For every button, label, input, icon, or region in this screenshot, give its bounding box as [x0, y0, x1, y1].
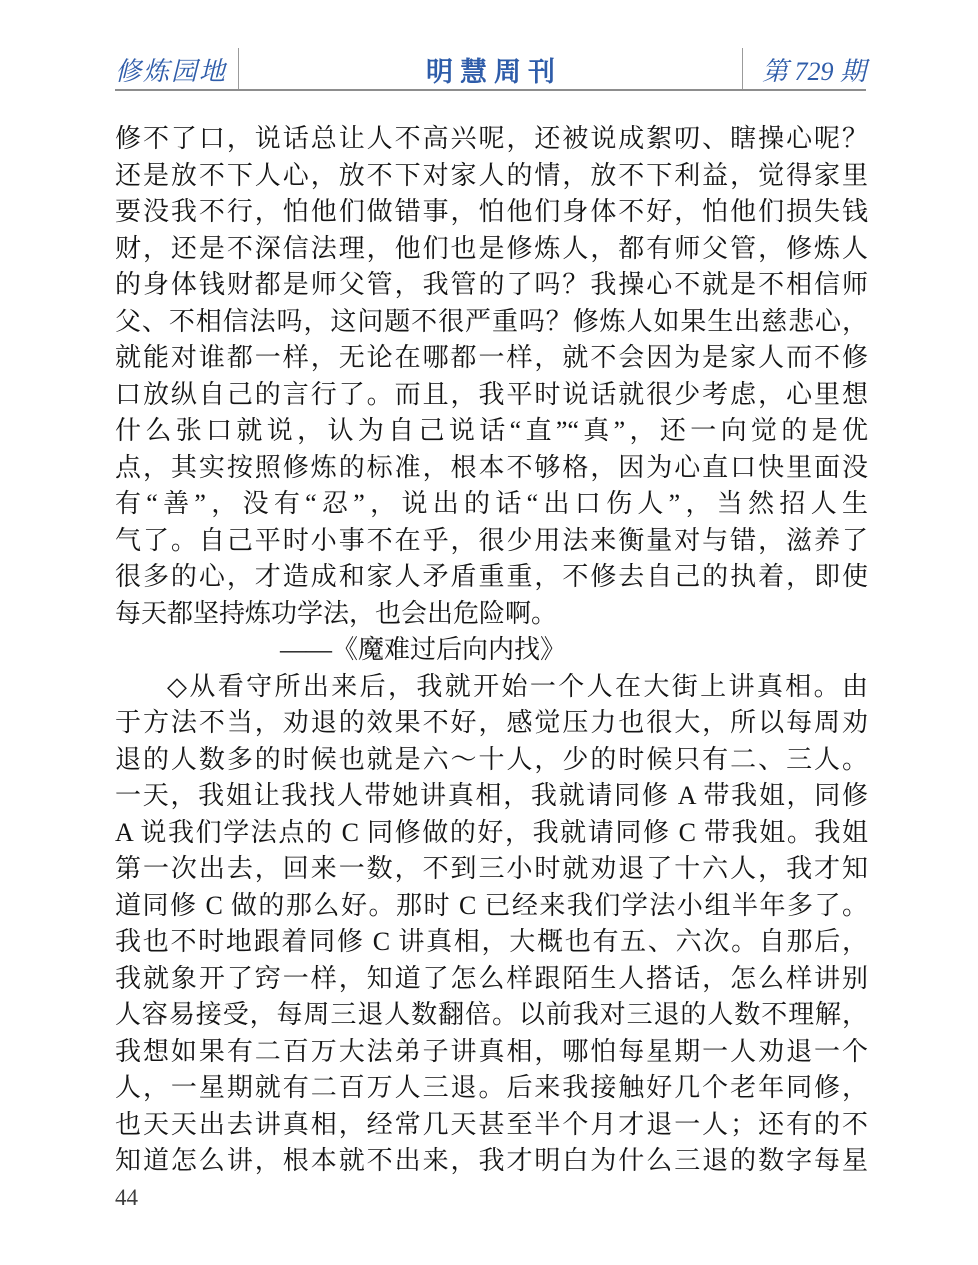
- header-issue-number: 第 729 期: [743, 51, 866, 88]
- header-section-label: 修炼园地: [115, 51, 238, 88]
- text-line: 修不了口，说话总让人不高兴呢，还被说成絮叨、瞎操心呢？: [115, 121, 868, 158]
- text-line: 于方法不当，劝退的效果不好，感觉压力也很大，所以每周劝: [115, 705, 868, 742]
- text-line: 就能对谁都一样，无论在哪都一样，就不会因为是家人而不修: [115, 340, 868, 377]
- text-line: 什么张口就说，认为自己说话“直”“真”，还一向觉的是优: [115, 413, 868, 450]
- header-divider-rule: [115, 89, 866, 91]
- article-body: 修不了口，说话总让人不高兴呢，还被说成絮叨、瞎操心呢？ 还是放不下人心，放不下对…: [115, 121, 868, 1180]
- document-page: 修炼园地 明慧周刊 第 729 期 修不了口，说话总让人不高兴呢，还被说成絮叨、…: [0, 0, 978, 1265]
- header-journal-title: 明慧周刊: [238, 48, 743, 91]
- text-line: 知道怎么讲，根本就不出来，我才明白为什么三退的数字每星: [115, 1143, 868, 1180]
- text-line: 一天，我姐让我找人带她讲真相，我就请同修 A 带我姐，同修: [115, 778, 868, 815]
- text-line: 的身体钱财都是师父管，我管的了吗？我操心不就是不相信师: [115, 267, 868, 304]
- text-line: 人容易接受，每周三退人数翻倍。以前我对三退的人数不理解，: [115, 997, 868, 1034]
- text-line: 我就象开了窍一样，知道了怎么样跟陌生人搭话，怎么样讲别: [115, 961, 868, 998]
- text-line: 也天天出去讲真相，经常几天甚至半个月才退一人；还有的不: [115, 1107, 868, 1144]
- text-line: A 说我们学法点的 C 同修做的好，我就请同修 C 带我姐。我姐: [115, 815, 868, 852]
- text-line: 财，还是不深信法理，他们也是修炼人，都有师父管，修炼人: [115, 231, 868, 268]
- text-line: 我想如果有二百万大法弟子讲真相，哪怕每星期一人劝退一个: [115, 1034, 868, 1071]
- text-line: 还是放不下人心，放不下对家人的情，放不下利益，觉得家里: [115, 158, 868, 195]
- text-line: 父、不相信法吗，这问题不很严重吗？修炼人如果生出慈悲心，: [115, 304, 868, 341]
- text-line: 有“善”，没有“忍”，说出的话“出口伤人”，当然招人生: [115, 486, 868, 523]
- text-line: 人，一星期就有二百万人三退。后来我接触好几个老年同修，: [115, 1070, 868, 1107]
- page-header: 修炼园地 明慧周刊 第 729 期: [115, 48, 866, 91]
- text-line: 我也不时地跟着同修 C 讲真相，大概也有五、六次。自那后，: [115, 924, 868, 961]
- text-line: 很多的心，才造成和家人矛盾重重，不修去自己的执着，即使: [115, 559, 868, 596]
- attribution-line: ——《魔难过后向内找》: [115, 632, 868, 669]
- text-line: 点，其实按照修炼的标准，根本不够格，因为心直口快里面没: [115, 450, 868, 487]
- page-number: 44: [115, 1185, 138, 1211]
- paragraph-end-line: 每天都坚持炼功学法，也会出危险啊。: [115, 596, 868, 633]
- text-line: 第一次出去，回来一数，不到三小时就劝退了十六人，我才知: [115, 851, 868, 888]
- paragraph-start-line: ◇从看守所出来后，我就开始一个人在大街上讲真相。由: [115, 669, 868, 706]
- text-line: 口放纵自己的言行了。而且，我平时说话就很少考虑，心里想: [115, 377, 868, 414]
- text-line: 退的人数多的时候也就是六～十人，少的时候只有二、三人。: [115, 742, 868, 779]
- text-line: 气了。自己平时小事不在乎，很少用法来衡量对与错，滋养了: [115, 523, 868, 560]
- text-line: 要没我不行，怕他们做错事，怕他们身体不好，怕他们损失钱: [115, 194, 868, 231]
- text-line: 道同修 C 做的那么好。那时 C 已经来我们学法小组半年多了。: [115, 888, 868, 925]
